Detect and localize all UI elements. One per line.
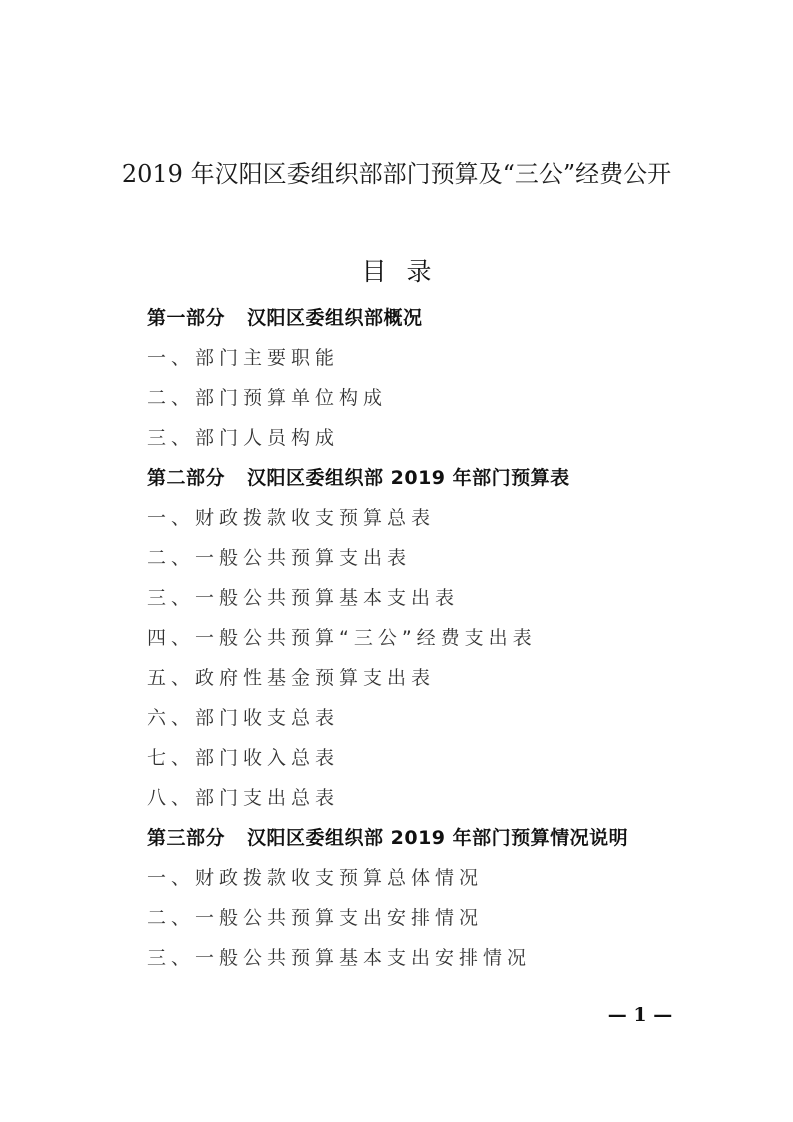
toc-item[interactable]: 八、部门支出总表 bbox=[147, 778, 747, 818]
toc-part-2[interactable]: 第二部分汉阳区委组织部 2019 年部门预算表 bbox=[147, 458, 747, 498]
document-title: 2019 年汉阳区委组织部部门预算及“三公”经费公开 bbox=[0, 156, 793, 192]
toc-item[interactable]: 一、财政拨款收支预算总体情况 bbox=[147, 858, 747, 898]
toc-item[interactable]: 二、部门预算单位构成 bbox=[147, 378, 747, 418]
toc-part-title: 汉阳区委组织部概况 bbox=[247, 307, 423, 329]
toc-heading: 目录 bbox=[0, 254, 793, 290]
toc-item[interactable]: 三、一般公共预算基本支出安排情况 bbox=[147, 938, 747, 978]
toc-item[interactable]: 一、财政拨款收支预算总表 bbox=[147, 498, 747, 538]
toc-item[interactable]: 三、一般公共预算基本支出表 bbox=[147, 578, 747, 618]
toc-part-3[interactable]: 第三部分汉阳区委组织部 2019 年部门预算情况说明 bbox=[147, 818, 747, 858]
document-page: 2019 年汉阳区委组织部部门预算及“三公”经费公开 目录 第一部分汉阳区委组织… bbox=[0, 0, 793, 1122]
toc-part-label: 第三部分 bbox=[147, 818, 225, 858]
toc-item[interactable]: 七、部门收入总表 bbox=[147, 738, 747, 778]
table-of-contents: 第一部分汉阳区委组织部概况 一、部门主要职能 二、部门预算单位构成 三、部门人员… bbox=[147, 298, 747, 978]
page-number: — 1 — bbox=[600, 1000, 680, 1030]
toc-part-1[interactable]: 第一部分汉阳区委组织部概况 bbox=[147, 298, 747, 338]
toc-item[interactable]: 二、一般公共预算支出表 bbox=[147, 538, 747, 578]
toc-item[interactable]: 四、一般公共预算“三公”经费支出表 bbox=[147, 618, 747, 658]
toc-part-title: 汉阳区委组织部 2019 年部门预算情况说明 bbox=[247, 827, 628, 849]
toc-part-label: 第二部分 bbox=[147, 458, 225, 498]
toc-item[interactable]: 五、政府性基金预算支出表 bbox=[147, 658, 747, 698]
toc-item[interactable]: 三、部门人员构成 bbox=[147, 418, 747, 458]
toc-part-label: 第一部分 bbox=[147, 298, 225, 338]
toc-item[interactable]: 二、一般公共预算支出安排情况 bbox=[147, 898, 747, 938]
toc-item[interactable]: 一、部门主要职能 bbox=[147, 338, 747, 378]
toc-part-title: 汉阳区委组织部 2019 年部门预算表 bbox=[247, 467, 570, 489]
toc-item[interactable]: 六、部门收支总表 bbox=[147, 698, 747, 738]
